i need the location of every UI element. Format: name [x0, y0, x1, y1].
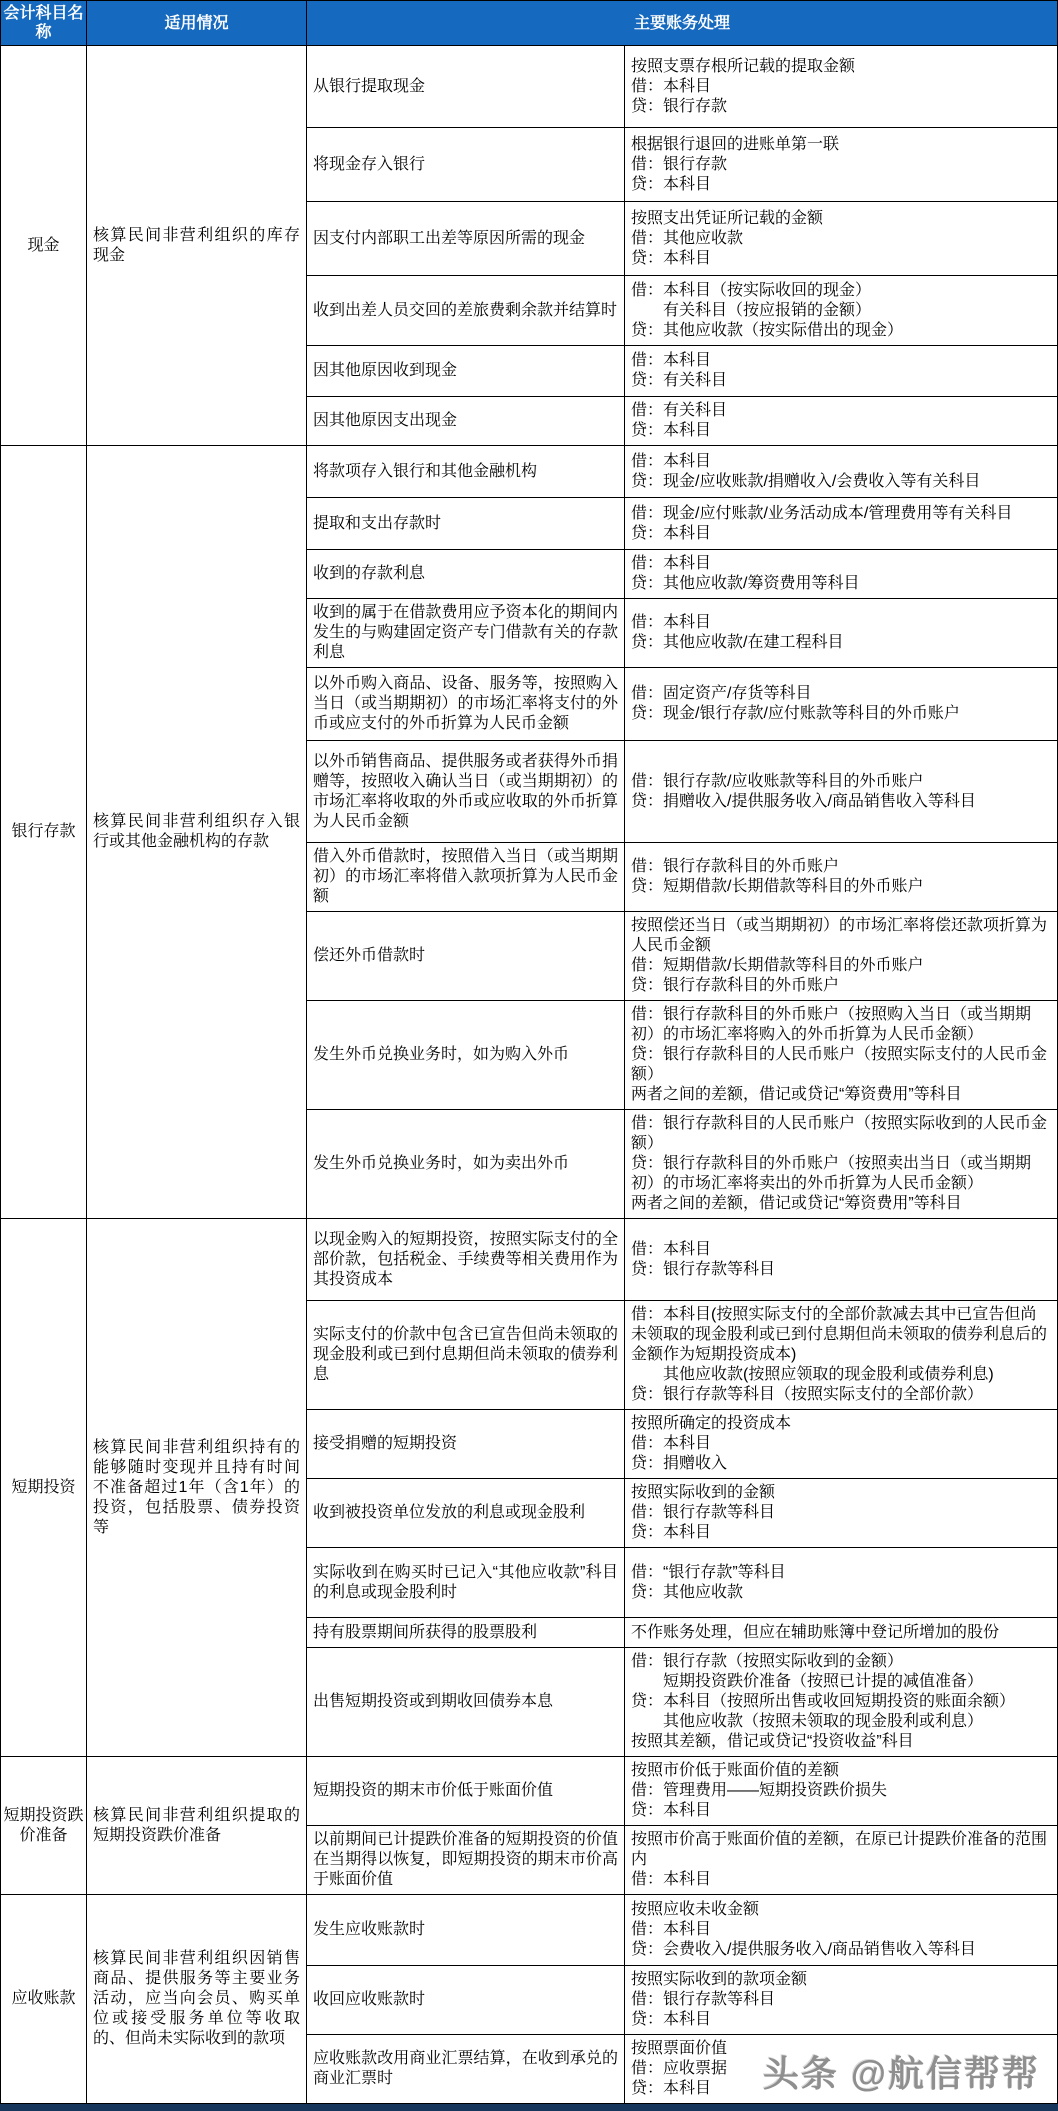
situation-cell: 出售短期投资或到期收回债券本息: [307, 1648, 625, 1757]
subject-name-cell: 银行存款: [1, 446, 87, 1219]
situation-cell: 发生外币兑换业务时，如为购入外币: [307, 1001, 625, 1110]
treatment-cell: 按照实际收到的金额 借：银行存款等科目 贷：本科目: [625, 1479, 1058, 1548]
situation-cell: 因其他原因支出现金: [307, 397, 625, 446]
situation-cell: 以现金购入的短期投资，按照实际支付的全部价款，包括税金、手续费等相关费用作为其投…: [307, 1219, 625, 1301]
subject-name-cell: 应收账款: [1, 1895, 87, 2104]
treatment-cell: 借：本科目 贷：有关科目: [625, 346, 1058, 397]
situation-cell: 以外币销售商品、提供服务或者获得外币捐赠等，按照收入确认当日（或当期期初）的市场…: [307, 741, 625, 843]
table-body: 现金核算民间非营利组织的库存现金从银行提取现金按照支票存根所记载的提取金额 借：…: [1, 46, 1058, 2104]
treatment-cell: 借：本科目 贷：银行存款等科目: [625, 1219, 1058, 1301]
treatment-cell: 借：本科目 贷：其他应收款/在建工程科目: [625, 599, 1058, 668]
situation-cell: 以前期间已计提跌价准备的短期投资的价值在当期得以恢复，即短期投资的期末市价高于账…: [307, 1826, 625, 1895]
treatment-cell: 借：本科目（按实际收回的现金） 有关科目（按应报销的金额） 贷：其他应收款（按实…: [625, 276, 1058, 346]
situation-cell: 持有股票期间所获得的股票股利: [307, 1618, 625, 1648]
treatment-cell: 按照市价高于账面价值的差额，在原已计提跌价准备的范围内 借：本科目: [625, 1826, 1058, 1895]
treatment-cell: 按照支出凭证所记载的金额 借：其他应收款 贷：本科目: [625, 202, 1058, 276]
situation-cell: 将现金存入银行: [307, 128, 625, 202]
header-treatment: 主要账务处理: [307, 1, 1058, 46]
header-subject-name: 会计科目名称: [1, 1, 87, 46]
treatment-cell: 借：银行存款科目的外币账户（按照购入当日（或当期期初）的市场汇率将购入的外币折算…: [625, 1001, 1058, 1110]
table-row: 现金核算民间非营利组织的库存现金从银行提取现金按照支票存根所记载的提取金额 借：…: [1, 46, 1058, 128]
treatment-cell: 借：固定资产/存货等科目 贷：现金/银行存款/应付账款等科目的外币账户: [625, 668, 1058, 741]
applicable-scope-cell: 核算民间非营利组织因销售商品、提供服务等主要业务活动，应当向会员、购买单位或接受…: [87, 1895, 307, 2104]
treatment-cell: 借：本科目(按照实际支付的全部价款减去其中已宣告但尚未领取的现金股利或已到付息期…: [625, 1301, 1058, 1410]
situation-cell: 应收账款改用商业汇票结算，在收到承兑的商业汇票时: [307, 2035, 625, 2104]
situation-cell: 偿还外币借款时: [307, 912, 625, 1001]
table-row: 银行存款核算民间非营利组织存入银行或其他金融机构的存款将款项存入银行和其他金融机…: [1, 446, 1058, 498]
subject-name-cell: 短期投资跌价准备: [1, 1757, 87, 1895]
situation-cell: 收到的存款利息: [307, 550, 625, 599]
treatment-cell: 按照实际收到的款项金额 借：银行存款等科目 贷：本科目: [625, 1966, 1058, 2035]
treatment-cell: 不作账务处理，但应在辅助账簿中登记所增加的股份: [625, 1618, 1058, 1648]
situation-cell: 从银行提取现金: [307, 46, 625, 128]
table-row: 短期投资核算民间非营利组织持有的能够随时变现并且持有时间不准备超过1年（含1年）…: [1, 1219, 1058, 1301]
situation-cell: 借入外币借款时，按照借入当日（或当期期初）的市场汇率将借入款项折算为人民币金额: [307, 843, 625, 912]
situation-cell: 以外币购入商品、设备、服务等，按照购入当日（或当期期初）的市场汇率将支付的外币或…: [307, 668, 625, 741]
situation-cell: 收到被投资单位发放的利息或现金股利: [307, 1479, 625, 1548]
situation-cell: 提取和支出存款时: [307, 498, 625, 550]
treatment-cell: 根据银行退回的进账单第一联 借：银行存款 贷：本科目: [625, 128, 1058, 202]
treatment-cell: 按照偿还当日（或当期期初）的市场汇率将偿还款项折算为人民币金额 借：短期借款/长…: [625, 912, 1058, 1001]
applicable-scope-cell: 核算民间非营利组织存入银行或其他金融机构的存款: [87, 446, 307, 1219]
bottom-bar: [0, 2104, 1058, 2111]
treatment-cell: 借：“银行存款”等科目 贷：其他应收款: [625, 1548, 1058, 1618]
situation-cell: 实际支付的价款中包含已宣告但尚未领取的现金股利或已到付息期但尚未领取的债券利息: [307, 1301, 625, 1410]
applicable-scope-cell: 核算民间非营利组织的库存现金: [87, 46, 307, 446]
treatment-cell: 借：现金/应付账款/业务活动成本/管理费用等有关科目 贷：本科目: [625, 498, 1058, 550]
treatment-cell: 按照支票存根所记载的提取金额 借：本科目 贷：银行存款: [625, 46, 1058, 128]
situation-cell: 将款项存入银行和其他金融机构: [307, 446, 625, 498]
treatment-cell: 借：有关科目 贷：本科目: [625, 397, 1058, 446]
treatment-cell: 借：本科目 贷：其他应收款/筹资费用等科目: [625, 550, 1058, 599]
table-header: 会计科目名称 适用情况 主要账务处理: [1, 1, 1058, 46]
subject-name-cell: 短期投资: [1, 1219, 87, 1757]
treatment-cell: 借：银行存款（按照实际收到的金额） 短期投资跌价准备（按照已计提的减值准备） 贷…: [625, 1648, 1058, 1757]
table-row: 应收账款核算民间非营利组织因销售商品、提供服务等主要业务活动，应当向会员、购买单…: [1, 1895, 1058, 1966]
situation-cell: 发生外币兑换业务时，如为卖出外币: [307, 1110, 625, 1219]
header-applicable: 适用情况: [87, 1, 307, 46]
situation-cell: 收到出差人员交回的差旅费剩余款并结算时: [307, 276, 625, 346]
situation-cell: 实际收到在购买时已记入“其他应收款”科目的利息或现金股利时: [307, 1548, 625, 1618]
applicable-scope-cell: 核算民间非营利组织持有的能够随时变现并且持有时间不准备超过1年（含1年）的投资，…: [87, 1219, 307, 1757]
treatment-cell: 按照票面价值 借：应收票据 贷：本科目: [625, 2035, 1058, 2104]
situation-cell: 接受捐赠的短期投资: [307, 1410, 625, 1479]
situation-cell: 发生应收账款时: [307, 1895, 625, 1966]
subject-name-cell: 现金: [1, 46, 87, 446]
account-subjects-table: 会计科目名称 适用情况 主要账务处理 现金核算民间非营利组织的库存现金从银行提取…: [0, 0, 1058, 2104]
applicable-scope-cell: 核算民间非营利组织提取的短期投资跌价准备: [87, 1757, 307, 1895]
treatment-cell: 借：本科目 贷：现金/应收账款/捐赠收入/会费收入等有关科目: [625, 446, 1058, 498]
accounting-table-page: 会计科目名称 适用情况 主要账务处理 现金核算民间非营利组织的库存现金从银行提取…: [0, 0, 1058, 2111]
treatment-cell: 按照应收未收金额 借：本科目 贷：会费收入/提供服务收入/商品销售收入等科目: [625, 1895, 1058, 1966]
treatment-cell: 按照所确定的投资成本 借：本科目 贷：捐赠收入: [625, 1410, 1058, 1479]
treatment-cell: 按照市价低于账面价值的差额 借：管理费用——短期投资跌价损失 贷：本科目: [625, 1757, 1058, 1826]
situation-cell: 收到的属于在借款费用应予资本化的期间内发生的与购建固定资产专门借款有关的存款利息: [307, 599, 625, 668]
situation-cell: 短期投资的期末市价低于账面价值: [307, 1757, 625, 1826]
treatment-cell: 借：银行存款科目的人民币账户（按照实际收到的人民币金额） 贷：银行存款科目的外币…: [625, 1110, 1058, 1219]
situation-cell: 因支付内部职工出差等原因所需的现金: [307, 202, 625, 276]
situation-cell: 因其他原因收到现金: [307, 346, 625, 397]
situation-cell: 收回应收账款时: [307, 1966, 625, 2035]
treatment-cell: 借：银行存款/应收账款等科目的外币账户 贷：捐赠收入/提供服务收入/商品销售收入…: [625, 741, 1058, 843]
table-row: 短期投资跌价准备核算民间非营利组织提取的短期投资跌价准备短期投资的期末市价低于账…: [1, 1757, 1058, 1826]
treatment-cell: 借：银行存款科目的外币账户 贷：短期借款/长期借款等科目的外币账户: [625, 843, 1058, 912]
